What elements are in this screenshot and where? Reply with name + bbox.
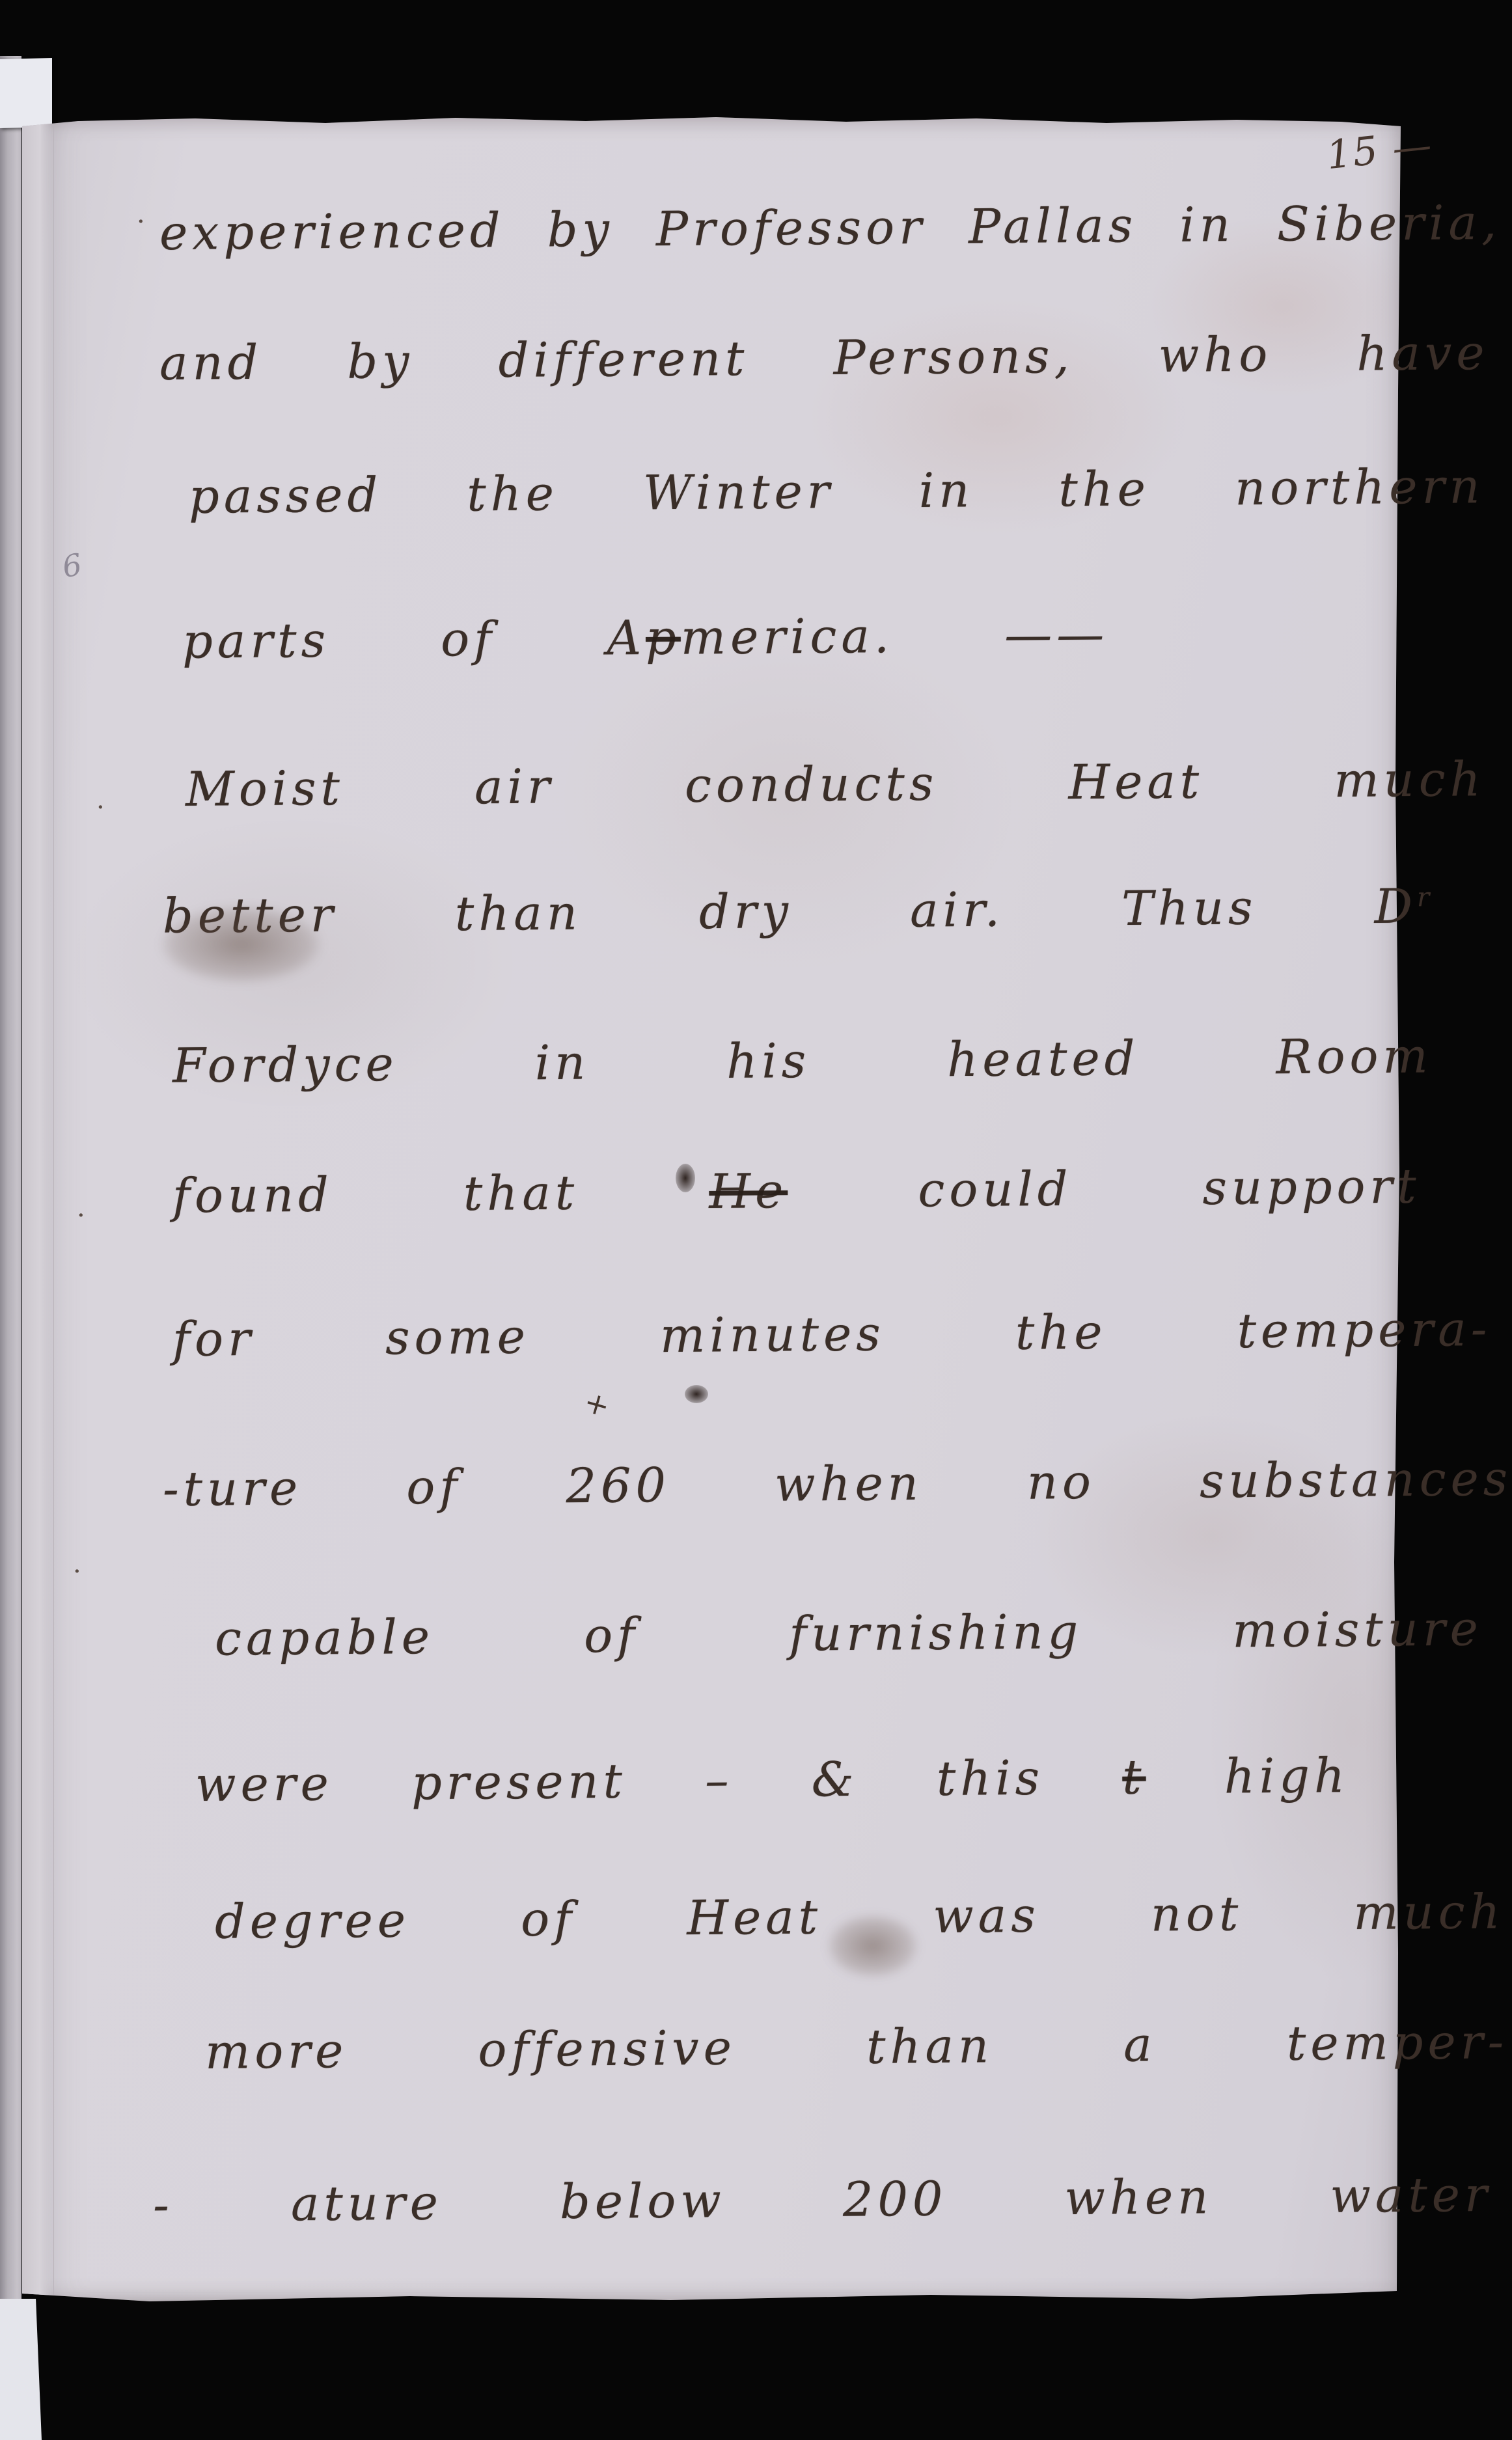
manuscript-line: passed the Winter in the northern: [189, 457, 1485, 527]
manuscript-line: Moist air conducts Heat much: [186, 750, 1485, 819]
ink-smudge: [161, 906, 321, 983]
handwritten-text: r: [1417, 883, 1435, 912]
manuscript-line: capable of furnishing moisture: [215, 1599, 1483, 1669]
handwritten-text: better than dry air. Thus D: [163, 879, 1418, 944]
handwritten-text: more offensive than a temper-: [205, 2014, 1509, 2080]
manuscript-line: for some minutes the tempera-: [172, 1300, 1492, 1369]
scanned-manuscript-page: experienced by Professor Pallas in Siber…: [0, 0, 1512, 2440]
handwritten-text: -ture of 260 when no substances: [163, 1451, 1512, 1517]
manuscript-line: -ture of 260 when no substances: [163, 1449, 1512, 1520]
handwritten-text: Moist air conducts Heat much: [186, 752, 1485, 817]
handwritten-text: and by different Persons, who have: [159, 325, 1489, 391]
manuscript-line: parts of Apmerica. ——: [182, 605, 1109, 671]
handwritten-text: parts of A: [182, 610, 646, 670]
ink-blot: [685, 1385, 708, 1403]
manuscript-line: were present – & this t high: [195, 1746, 1350, 1815]
struck-out-text: p: [646, 610, 681, 666]
handwritten-text: high: [1146, 1748, 1349, 1805]
handwritten-text: - ature below 200 when water: [153, 2167, 1492, 2233]
handwritten-text: found that: [172, 1164, 709, 1224]
handwritten-text: experienced by Professor Pallas in Siber…: [159, 195, 1502, 261]
ink-smudge: [828, 1915, 918, 1977]
manuscript-line: more offensive than a temper-: [205, 2012, 1509, 2082]
manuscript-line: and by different Persons, who have: [159, 323, 1489, 393]
manuscript-line: Fordyce in his heated Room: [172, 1026, 1433, 1095]
handwritten-text: Fordyce in his heated Room: [172, 1028, 1433, 1093]
handwritten-text: could support: [788, 1158, 1421, 1219]
struck-out-text: t: [1122, 1749, 1146, 1805]
handwritten-text: were present – & this: [195, 1750, 1123, 1813]
manuscript-line: found that He could support: [172, 1157, 1421, 1226]
ink-speck: ·: [77, 1201, 85, 1231]
ink-speck: ·: [96, 793, 105, 823]
ink-blot: [676, 1164, 695, 1192]
ink-speck: ·: [137, 207, 145, 237]
manuscript-line: - ature below 200 when water: [153, 2165, 1492, 2235]
handwritten-text: capable of furnishing moisture: [215, 1601, 1483, 1666]
insertion-mark: +: [580, 1384, 614, 1425]
manuscript-text-layer: experienced by Professor Pallas in Siber…: [0, 0, 1512, 2440]
manuscript-line: experienced by Professor Pallas in Siber…: [159, 193, 1502, 263]
handwritten-text: merica. ——: [680, 607, 1108, 665]
struck-out-text: He: [709, 1164, 788, 1220]
manuscript-line: better than dry air. Thus Dr: [163, 877, 1435, 946]
ink-speck: ·: [73, 1557, 81, 1587]
handwritten-text: passed the Winter in the northern: [189, 459, 1485, 525]
handwritten-text: for some minutes the tempera-: [172, 1302, 1492, 1367]
